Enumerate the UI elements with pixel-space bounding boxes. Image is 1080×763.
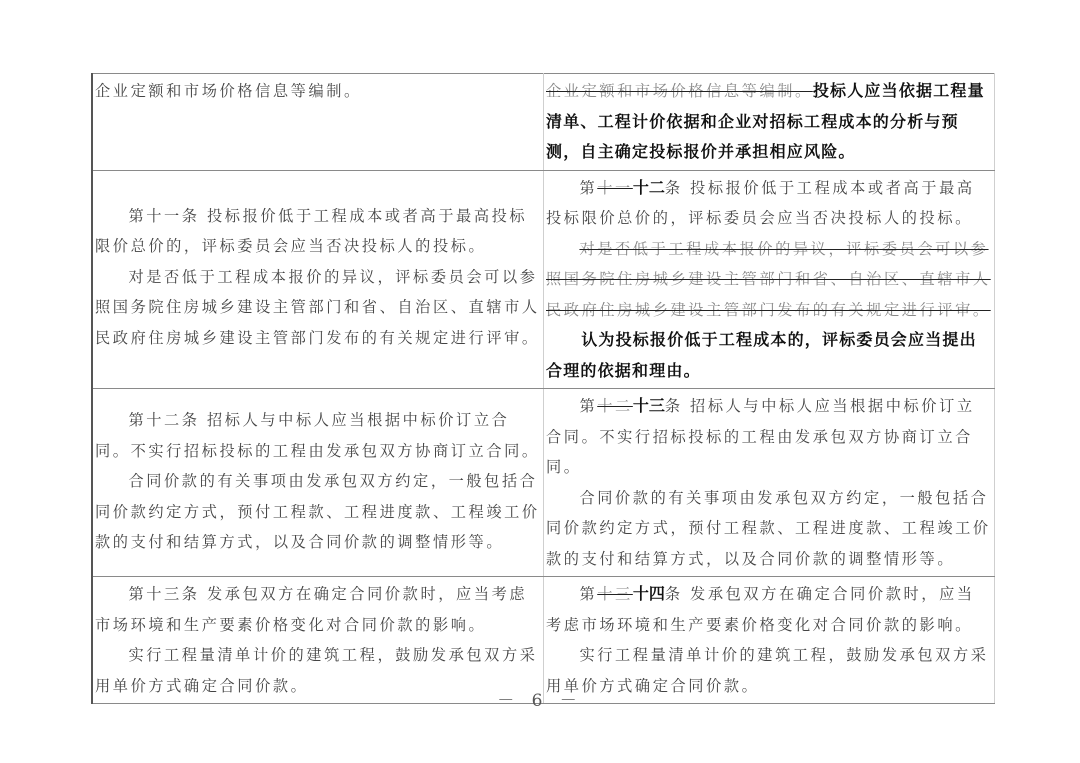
article-suffix: 条 xyxy=(665,585,683,603)
deleted-paragraph: 对是否低于工程成本报价的异议，评标委员会可以参照国务院住房城乡建设主管部门和省、… xyxy=(546,234,992,326)
inserted-article-number: 十二 xyxy=(633,178,665,197)
original-text-cell: 第十三条 发承包双方在确定合同价款时，应当考虑市场环境和生产要素价格变化对合同价… xyxy=(92,577,544,704)
original-paragraph: 第十一条 投标报价低于工程成本或者高于最高投标限价总价的，评标委员会应当否决投标… xyxy=(95,201,541,262)
deleted-article-number: 十三 xyxy=(597,585,633,603)
revised-text-cell: 第十三十四条 发承包双方在确定合同价款时，应当考虑市场环境和生产要素价格变化对合… xyxy=(544,577,995,704)
article-suffix: 条 xyxy=(665,397,683,415)
article-prefix: 第 xyxy=(579,585,597,603)
deleted-text: 企业定额和市场价格信息等编制。 xyxy=(546,82,813,100)
original-paragraph: 第十三条 发承包双方在确定合同价款时，应当考虑市场环境和生产要素价格变化对合同价… xyxy=(95,579,541,640)
document-page: 企业定额和市场价格信息等编制。 企业定额和市场价格信息等编制。投标人应当依据工程… xyxy=(0,0,1080,763)
table-row: 第十一条 投标报价低于工程成本或者高于最高投标限价总价的，评标委员会应当否决投标… xyxy=(92,170,995,389)
deleted-article-number: 十二 xyxy=(597,397,633,415)
deleted-article-number: 十一 xyxy=(597,179,633,197)
original-paragraph: 对是否低于工程成本报价的异议，评标委员会可以参照国务院住房城乡建设主管部门和省、… xyxy=(95,262,541,354)
table-row: 第十二条 招标人与中标人应当根据中标价订立合同。不实行招标投标的工程由发承包双方… xyxy=(92,389,995,577)
table-row: 企业定额和市场价格信息等编制。 企业定额和市场价格信息等编制。投标人应当依据工程… xyxy=(92,74,995,171)
original-paragraph: 合同价款的有关事项由发承包双方约定，一般包括合同价款约定方式，预付工程款、工程进… xyxy=(95,466,541,558)
article-suffix: 条 xyxy=(665,179,683,197)
original-paragraph: 企业定额和市场价格信息等编制。 xyxy=(95,76,541,107)
original-text-cell: 企业定额和市场价格信息等编制。 xyxy=(92,74,544,171)
inserted-paragraph: 认为投标报价低于工程成本的，评标委员会应当提出合理的依据和理由。 xyxy=(546,325,992,386)
inserted-article-number: 十四 xyxy=(633,584,665,603)
original-text-cell: 第十一条 投标报价低于工程成本或者高于最高投标限价总价的，评标委员会应当否决投标… xyxy=(92,170,544,389)
revised-paragraph: 第十三十四条 发承包双方在确定合同价款时，应当考虑市场环境和生产要素价格变化对合… xyxy=(546,579,992,640)
revised-paragraph: 第十二十三条 招标人与中标人应当根据中标价订立合同。不实行招标投标的工程由发承包… xyxy=(546,391,992,483)
original-paragraph: 第十二条 招标人与中标人应当根据中标价订立合同。不实行招标投标的工程由发承包双方… xyxy=(95,405,541,466)
comparison-table: 企业定额和市场价格信息等编制。 企业定额和市场价格信息等编制。投标人应当依据工程… xyxy=(91,73,995,704)
revised-paragraph: 第十一十二条 投标报价低于工程成本或者高于最高投标限价总价的，评标委员会应当否决… xyxy=(546,173,992,234)
revised-paragraph: 合同价款的有关事项由发承包双方约定，一般包括合同价款约定方式，预付工程款、工程进… xyxy=(546,483,992,575)
revised-text-cell: 第十一十二条 投标报价低于工程成本或者高于最高投标限价总价的，评标委员会应当否决… xyxy=(544,170,995,389)
table-row: 第十三条 发承包双方在确定合同价款时，应当考虑市场环境和生产要素价格变化对合同价… xyxy=(92,577,995,704)
revised-text-cell: 第十二十三条 招标人与中标人应当根据中标价订立合同。不实行招标投标的工程由发承包… xyxy=(544,389,995,577)
original-text-cell: 第十二条 招标人与中标人应当根据中标价订立合同。不实行招标投标的工程由发承包双方… xyxy=(92,389,544,577)
page-number: － 6 － xyxy=(0,686,1080,711)
article-prefix: 第 xyxy=(579,179,597,197)
article-prefix: 第 xyxy=(579,397,597,415)
revised-paragraph: 企业定额和市场价格信息等编制。投标人应当依据工程量清单、工程计价依据和企业对招标… xyxy=(546,76,992,168)
inserted-article-number: 十三 xyxy=(633,396,665,415)
revised-text-cell: 企业定额和市场价格信息等编制。投标人应当依据工程量清单、工程计价依据和企业对招标… xyxy=(544,74,995,171)
